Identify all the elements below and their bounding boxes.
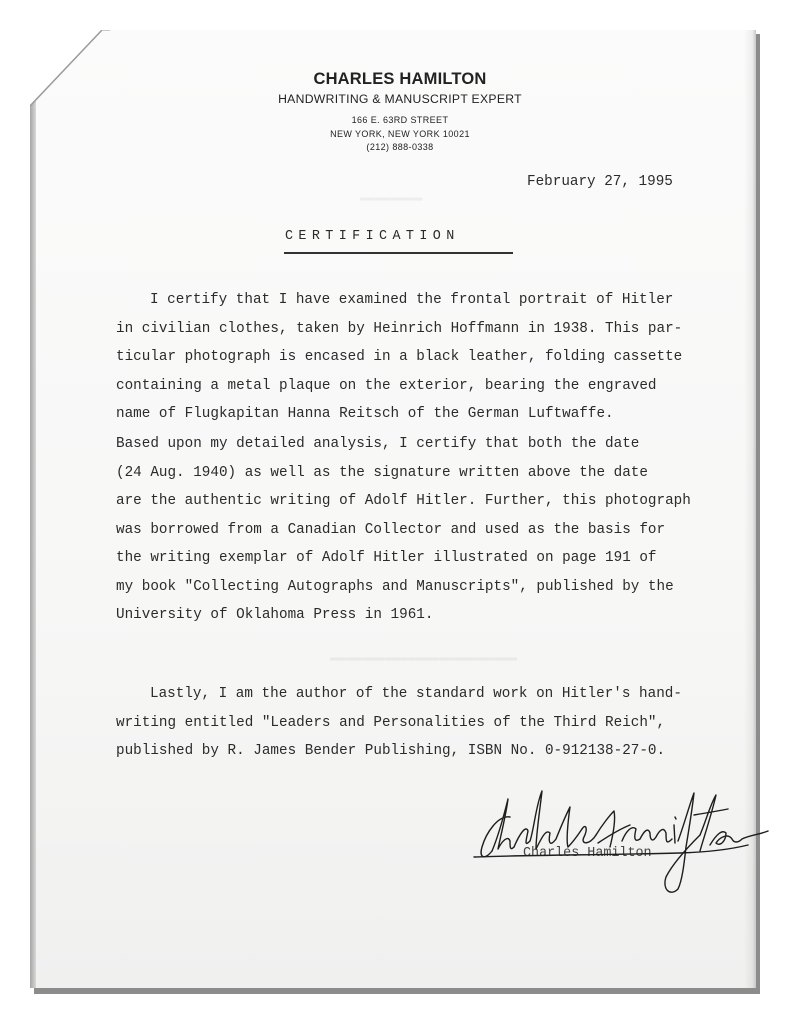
handwritten-signature (470, 785, 770, 905)
letterhead-title: HANDWRITING & MANUSCRIPT EXPERT (200, 90, 600, 108)
paragraph-3: Lastly, I am the author of the standard … (116, 680, 756, 766)
paragraph-line: in civilian clothes, taken by Heinrich H… (116, 315, 756, 344)
heading-underline (284, 252, 513, 254)
paragraph-line: was borrowed from a Canadian Collector a… (116, 516, 756, 545)
letterhead: CHARLES HAMILTON HANDWRITING & MANUSCRIP… (200, 69, 600, 155)
paragraph-line: containing a metal plaque on the exterio… (116, 372, 756, 401)
paragraph-line: I certify that I have examined the front… (116, 286, 756, 315)
paragraph-line: (24 Aug. 1940) as well as the signature … (116, 459, 756, 488)
paragraph-1: I certify that I have examined the front… (116, 286, 756, 429)
paragraph-line: University of Oklahoma Press in 1961. (116, 601, 756, 630)
letterhead-name: CHARLES HAMILTON (200, 69, 600, 89)
document-heading: CERTIFICATION (285, 229, 460, 244)
paragraph-line: Based upon my detailed analysis, I certi… (116, 430, 756, 459)
paragraph-line: ticular photograph is encased in a black… (116, 343, 756, 372)
paragraph-line: the writing exemplar of Adolf Hitler ill… (116, 544, 756, 573)
paragraph-line: name of Flugkapitan Hanna Reitsch of the… (116, 400, 756, 429)
paragraph-2: Based upon my detailed analysis, I certi… (116, 430, 756, 630)
paragraph-line: writing entitled "Leaders and Personalit… (116, 709, 756, 738)
letterhead-phone: (212) 888-0338 (200, 141, 600, 155)
letterhead-street: 166 E. 63RD STREET (200, 114, 600, 128)
paragraph-line: published by R. James Bender Publishing,… (116, 737, 756, 766)
letterhead-city: NEW YORK, NEW YORK 10021 (200, 128, 600, 142)
paragraph-line: my book "Collecting Autographs and Manus… (116, 573, 756, 602)
bleed-through-text: ▬▬▬▬▬▬▬▬▬▬▬▬▬▬▬▬▬▬▬▬▬▬▬▬ (330, 650, 517, 665)
bleed-through-text: ▬▬▬▬▬▬▬▬ (360, 190, 422, 205)
paragraph-line: Lastly, I am the author of the standard … (116, 680, 756, 709)
letter-date: February 27, 1995 (527, 174, 673, 190)
paragraph-line: are the authentic writing of Adolf Hitle… (116, 487, 756, 516)
